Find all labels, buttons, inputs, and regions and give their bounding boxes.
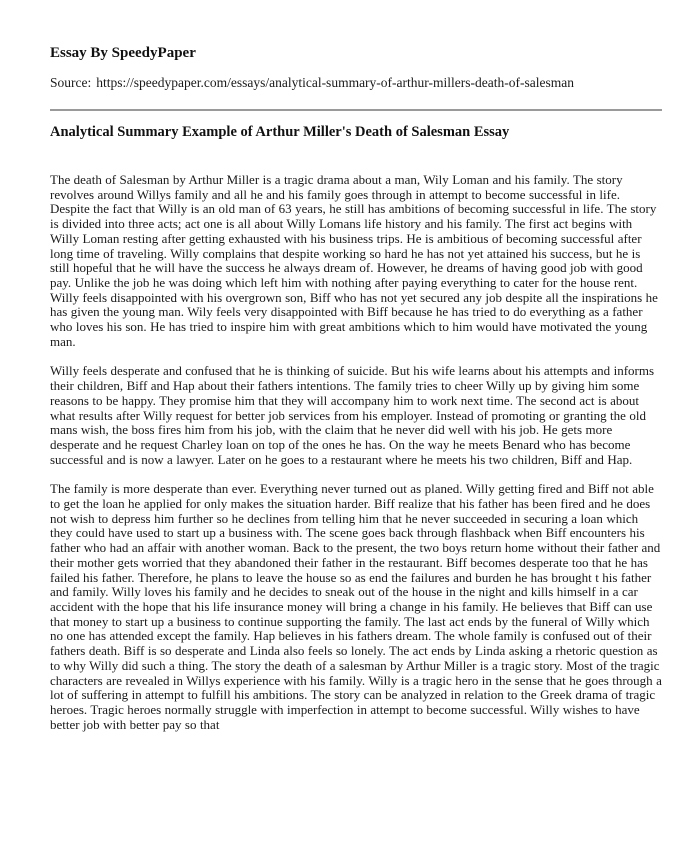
- essay-byline: Essay By SpeedyPaper: [50, 44, 662, 62]
- source-url: https://speedypaper.com/essays/analytica…: [96, 75, 574, 90]
- essay-paragraph: The death of Salesman by Arthur Miller i…: [50, 173, 662, 349]
- divider-rule: [50, 109, 662, 111]
- essay-body: The death of Salesman by Arthur Miller i…: [50, 173, 662, 732]
- essay-paragraph: Willy feels desperate and confused that …: [50, 364, 662, 467]
- essay-title: Analytical Summary Example of Arthur Mil…: [50, 123, 662, 141]
- essay-paragraph: The family is more desperate than ever. …: [50, 482, 662, 732]
- source-label: Source:: [50, 75, 91, 90]
- document-page: Essay By SpeedyPaper Source:https://spee…: [0, 0, 700, 850]
- source-line: Source:https://speedypaper.com/essays/an…: [50, 75, 662, 91]
